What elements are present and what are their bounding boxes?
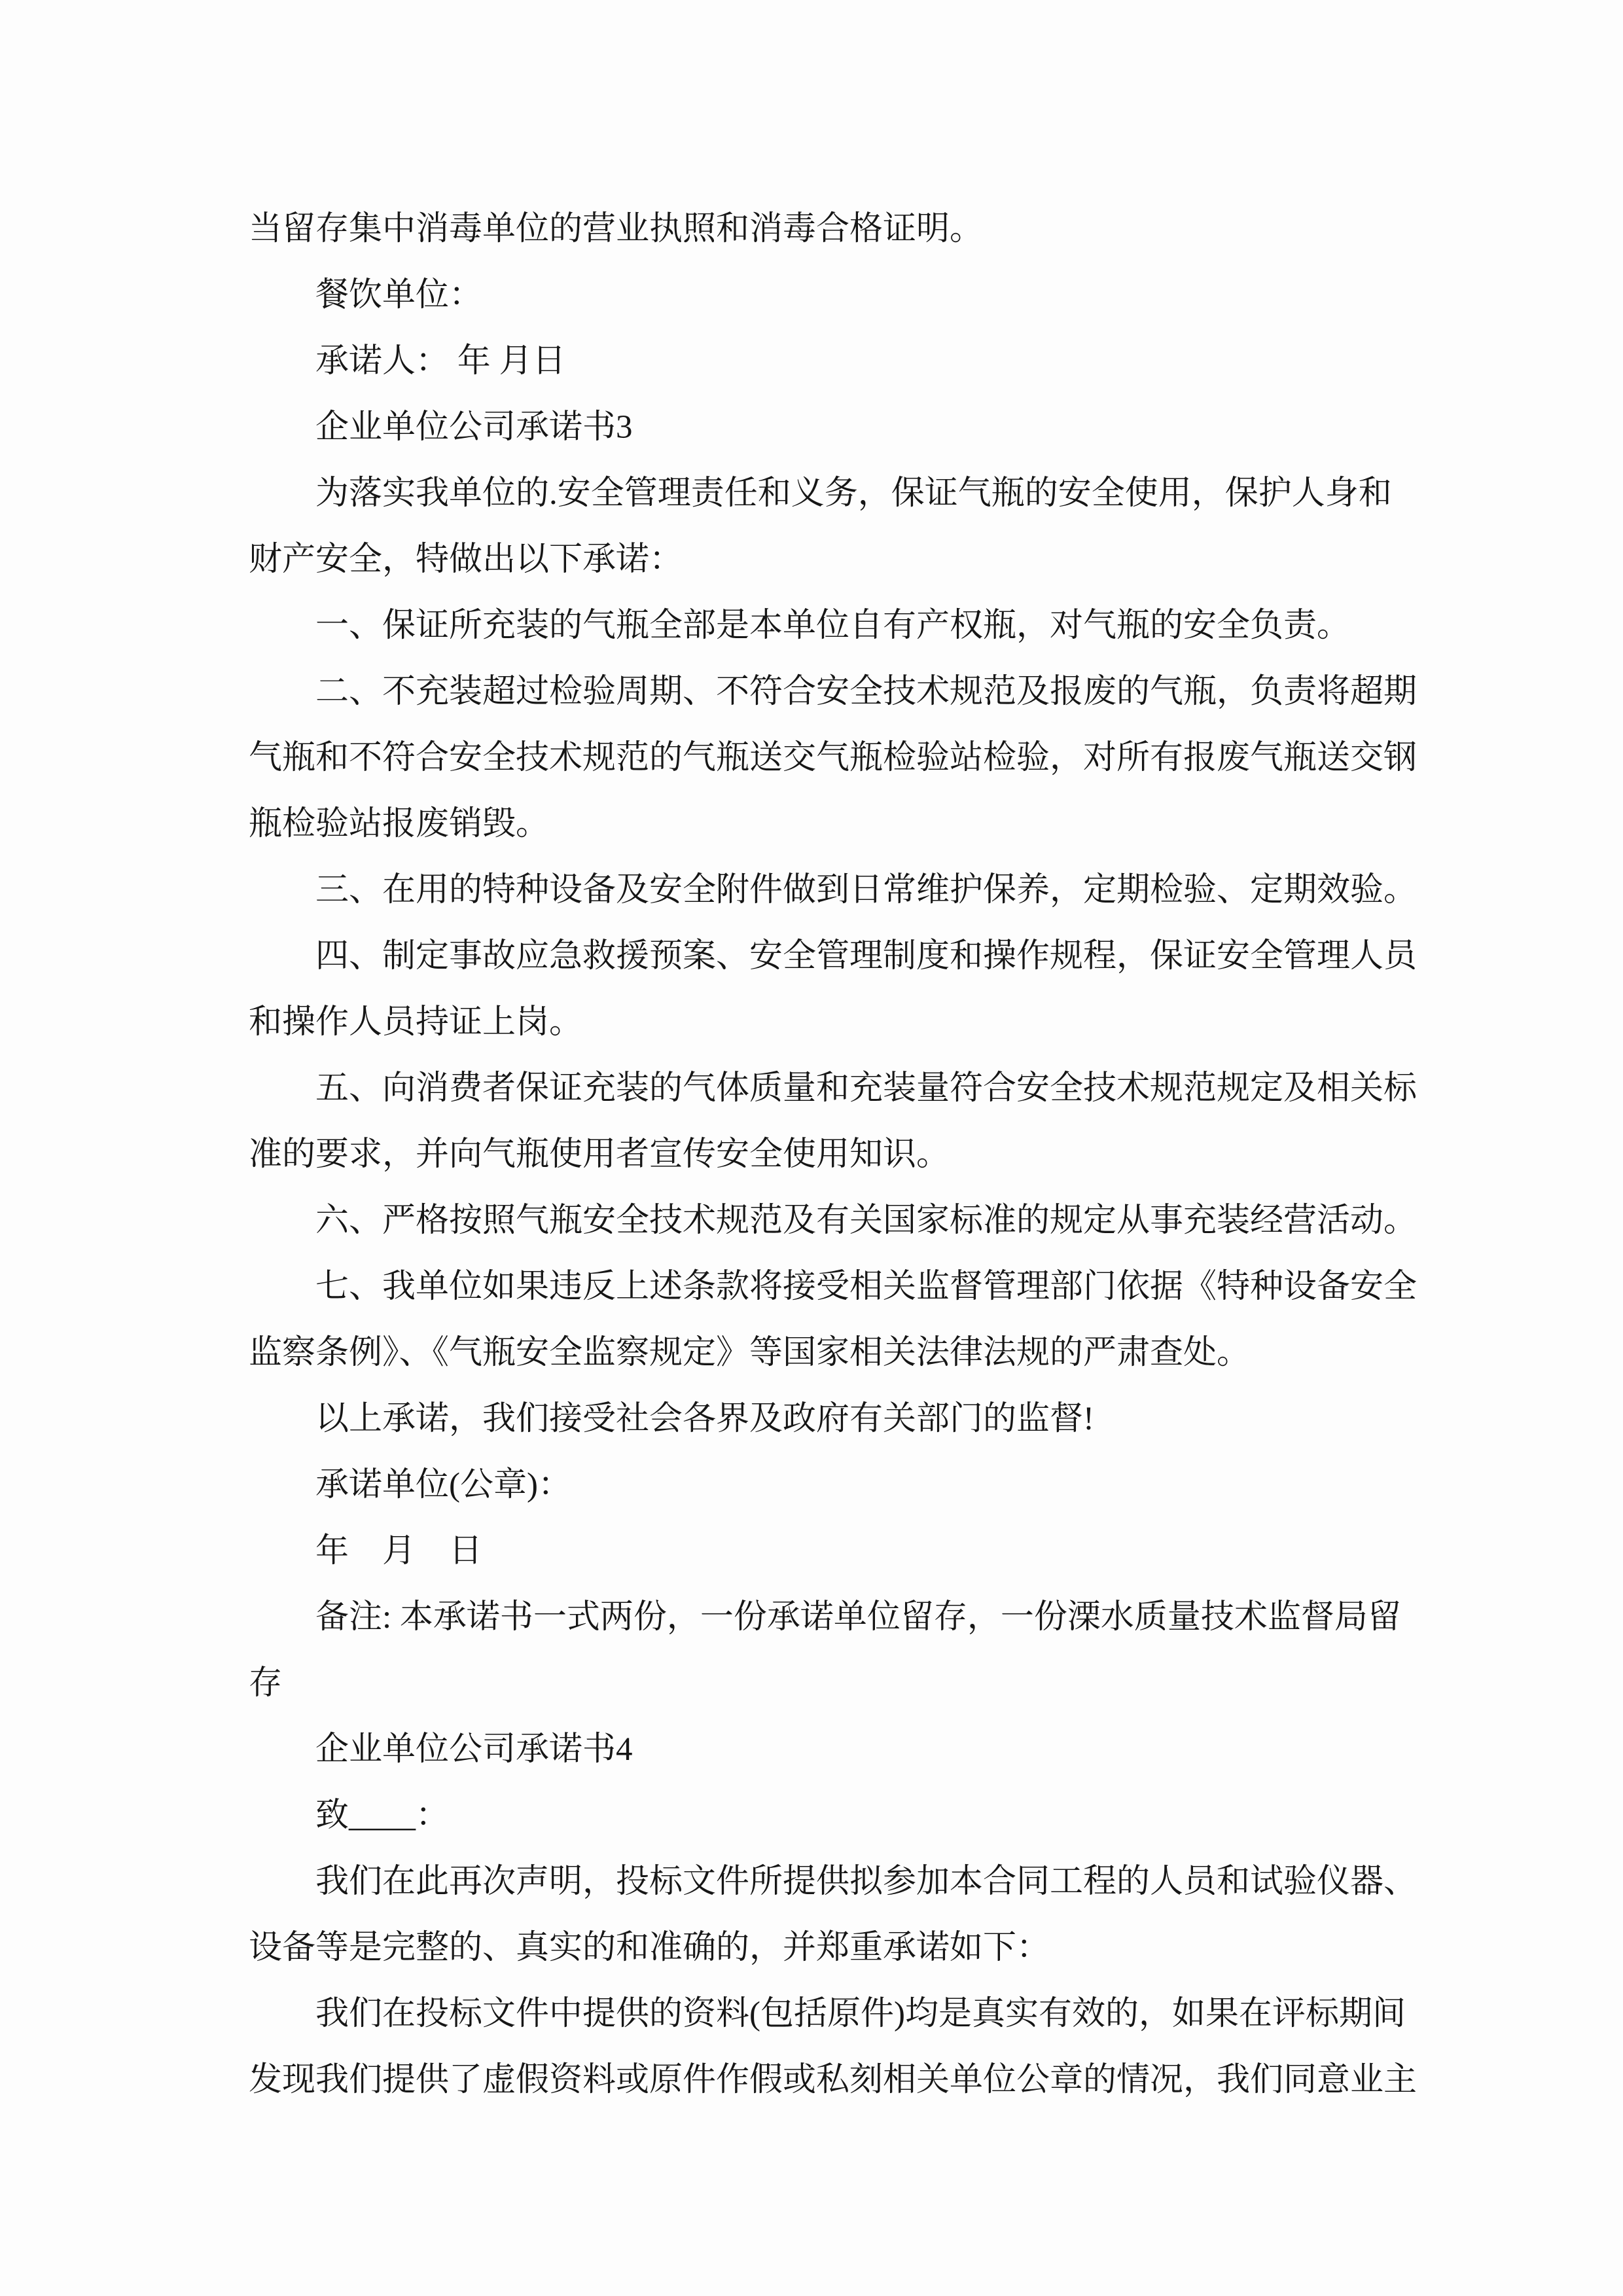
text-line: 当留存集中消毒单位的营业执照和消毒合格证明。 xyxy=(249,196,1421,262)
text-line: 七、我单位如果违反上述条款将接受相关监督管理部门依据《特种设备安全 xyxy=(249,1254,1421,1320)
text-line: 和操作人员持证上岗。 xyxy=(249,990,1421,1056)
text-line: 以上承诺，我们接受社会各界及政府有关部门的监督! xyxy=(249,1386,1421,1452)
text-line: 二、不充装超过检验周期、不符合安全技术规范及报废的气瓶，负责将超期 xyxy=(249,659,1421,725)
text-line: 瓶检验站报废销毁。 xyxy=(249,791,1421,857)
text-line: 企业单位公司承诺书3 xyxy=(249,395,1421,461)
text-line: 一、保证所充装的气瓶全部是本单位自有产权瓶，对气瓶的安全负责。 xyxy=(249,593,1421,659)
document-page: 当留存集中消毒单位的营业执照和消毒合格证明。餐饮单位：承诺人： 年 月日企业单位… xyxy=(0,0,1623,2296)
text-line: 企业单位公司承诺书4 xyxy=(249,1717,1421,1783)
text-line: 我们在投标文件中提供的资料(包括原件)均是真实有效的，如果在评标期间 xyxy=(249,1981,1421,2047)
text-line: 气瓶和不符合安全技术规范的气瓶送交气瓶检验站检验，对所有报废气瓶送交钢 xyxy=(249,725,1421,791)
text-line: 准的要求，并向气瓶使用者宣传安全使用知识。 xyxy=(249,1122,1421,1188)
text-line: 财产安全，特做出以下承诺： xyxy=(249,527,1421,593)
text-line: 监察条例》、《气瓶安全监察规定》等国家相关法律法规的严肃查处。 xyxy=(249,1320,1421,1386)
text-line: 我们在此再次声明，投标文件所提供拟参加本合同工程的人员和试验仪器、 xyxy=(249,1849,1421,1915)
text-line: 五、向消费者保证充装的气体质量和充装量符合安全技术规范规定及相关标 xyxy=(249,1056,1421,1122)
text-line: 年 月 日 xyxy=(249,1518,1421,1585)
text-line: 餐饮单位： xyxy=(249,262,1421,329)
text-line: 四、制定事故应急救援预案、安全管理制度和操作规程，保证安全管理人员 xyxy=(249,924,1421,990)
document-body: 当留存集中消毒单位的营业执照和消毒合格证明。餐饮单位：承诺人： 年 月日企业单位… xyxy=(249,196,1421,2113)
text-line: 备注: 本承诺书一式两份，一份承诺单位留存，一份溧水质量技术监督局留 xyxy=(249,1585,1421,1651)
text-line: 设备等是完整的、真实的和准确的，并郑重承诺如下： xyxy=(249,1915,1421,1981)
text-line: 存 xyxy=(249,1651,1421,1717)
text-line: 三、在用的特种设备及安全附件做到日常维护保养，定期检验、定期效验。 xyxy=(249,857,1421,924)
text-line: 承诺人： 年 月日 xyxy=(249,329,1421,395)
text-line: 致____： xyxy=(249,1783,1421,1849)
text-line: 六、严格按照气瓶安全技术规范及有关国家标准的规定从事充装经营活动。 xyxy=(249,1188,1421,1254)
text-line: 为落实我单位的.安全管理责任和义务，保证气瓶的安全使用，保护人身和 xyxy=(249,461,1421,527)
text-line: 发现我们提供了虚假资料或原件作假或私刻相关单位公章的情况，我们同意业主 xyxy=(249,2047,1421,2113)
text-line: 承诺单位(公章)： xyxy=(249,1452,1421,1518)
